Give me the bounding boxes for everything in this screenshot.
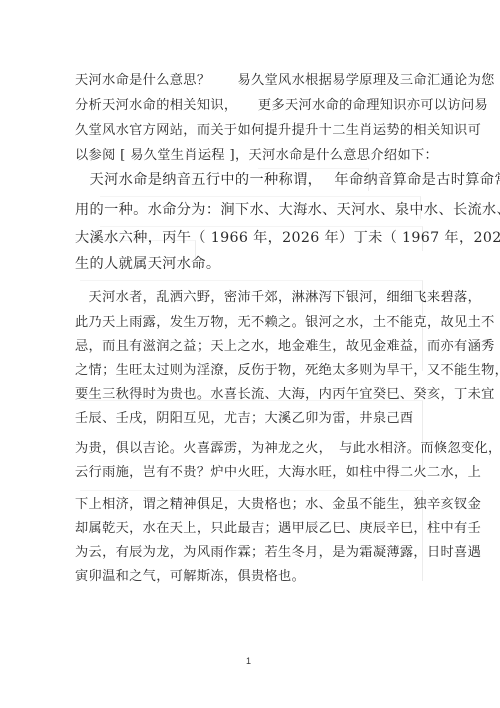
text-line: 分析天河水命的相关知识， 更多天河水命的命理知识亦可以访问易 [75,98,488,114]
text-line: 以参阅 [ 易久堂生肖运程 ]，天河水命是什么意思介绍如下： [75,148,438,164]
text-line: 下上相济，谓之精神俱足，大贵格也；水、金虽不能生，独辛亥钗金 [75,497,481,513]
text-line: 久堂风水官方网站，而关于如何提升提升十二生肖运势的相关知识可 [75,123,481,139]
text-line: 壬辰、壬戌，阴阳互见，尤吉；大溪乙卯为雷，井泉己酉 [75,411,413,427]
text-line: 天河水者，乱洒六野，密沛千郊，淋淋泻下银河，细细飞来碧落， [75,290,481,306]
text-line: 此乃天上雨露，发生万物，无不赖之。银河之水，土不能克，故见土不 [75,315,495,331]
text-line: 忌，而且有滋润之益；天上之水，地金难生，故见金难益，而亦有涵秀 [75,339,495,355]
text-line: 之情；生旺太过则为淫潦，反伤于物，死绝太多则为旱干，又不能生物， [75,363,500,379]
text-line: 寅卯温和之气，可解斯冻，俱贵格也。 [75,569,305,585]
text-line: 生的人就属天河水命。 [75,256,220,272]
document-page: 天河水命是什么意思？ 易久堂风水根据易学原理及三命汇通论为您 分析天河水命的相关… [0,0,500,708]
text-line: 要生三秋得时为贵也。水喜长流、大海，内丙午宜癸巳、癸亥，丁未宜 [75,387,495,403]
text-line: 却属乾天，水在天上，只此最吉；遇甲辰乙巳、庚辰辛巳，柱中有壬 [75,521,481,537]
text-line: 云行雨施，岂有不贵？炉中火旺，大海水旺，如柱中得二火二水，上 [75,465,481,481]
text-line: 为云，有辰为龙，为风雨作霖；若生冬月，是为霜凝薄露，日时喜遇 [75,545,481,561]
text-line: 天河水命是纳音五行中的一种称谓， 年命纳音算命是古时算命常 [75,172,500,188]
text-line: 用的一种。水命分为：涧下水、大海水、天河水、泉中水、长流水、 [75,202,500,218]
page-number: 1 [246,656,251,666]
text-line: 大溪水六种，丙午（ 1966 年，2026 年）丁未（ 1967 年，2027 … [75,230,500,246]
text-line: 为贵，俱以吉论。火喜霹雳，为神龙之火， 与此水相济。而倏忽变化， [75,441,500,457]
text-line: 天河水命是什么意思？ 易久堂风水根据易学原理及三命汇通论为您 [75,73,495,89]
